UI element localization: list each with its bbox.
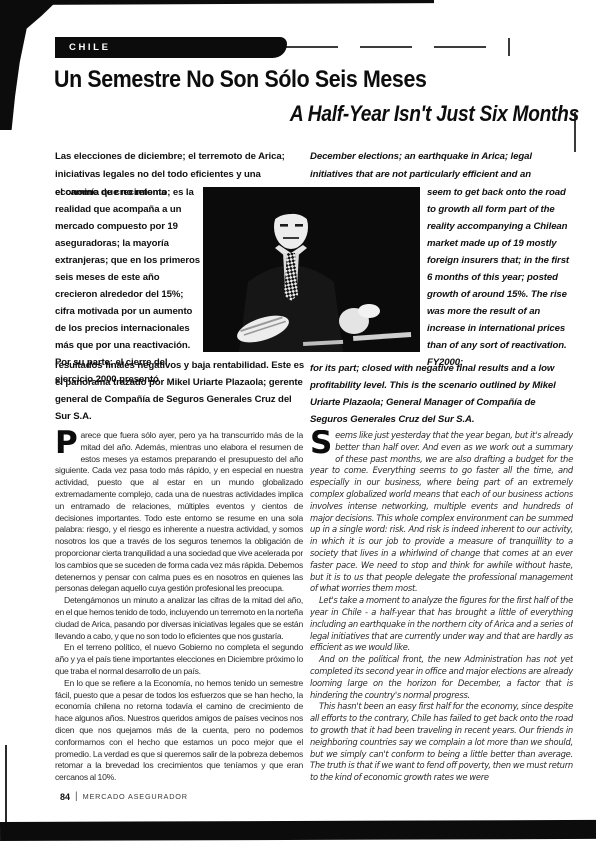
intro-spanish-part3: resultados finales negativos y baja rent… bbox=[55, 357, 309, 425]
scan-edge-left bbox=[5, 745, 7, 825]
article-title-spanish: Un Semestre No Son Sólo Seis Meses bbox=[54, 66, 552, 94]
intro-english-part2: seem to get back onto the road to growth… bbox=[427, 184, 574, 371]
portrait-photo bbox=[203, 187, 420, 352]
paragraph: Detengámonos un minuto a analizar las ci… bbox=[55, 595, 303, 642]
scan-edge-top bbox=[0, 0, 434, 5]
paragraph: This hasn't been an easy first half for … bbox=[310, 701, 573, 782]
paragraph: Parece que fuera sólo ayer, pero ya ha t… bbox=[55, 430, 303, 595]
paragraph-text: eems like just yesterday that the year b… bbox=[310, 430, 573, 593]
paragraph: And on the political front, the new Admi… bbox=[310, 654, 573, 701]
paragraph: En el terreno político, el nuevo Gobiern… bbox=[55, 642, 303, 677]
intro-english-part3: for its part; closed with negative final… bbox=[310, 360, 573, 428]
page-number: 84 bbox=[60, 792, 70, 802]
dropcap-letter: P bbox=[55, 430, 80, 455]
page-footer: 84 | MERCADO ASEGURADOR bbox=[60, 791, 188, 802]
paragraph: Seems like just yesterday that the year … bbox=[310, 430, 573, 595]
body-column-spanish: Parece que fuera sólo ayer, pero ya ha t… bbox=[55, 430, 303, 782]
header-rule-tick bbox=[508, 38, 510, 56]
paragraph-text: arece que fuera sólo ayer, pero ya ha tr… bbox=[55, 430, 303, 593]
scan-edge-bottom bbox=[0, 820, 596, 841]
article-title-english: A Half-Year Isn't Just Six Months bbox=[92, 101, 579, 127]
paragraph: Let's take a moment to analyze the figur… bbox=[310, 595, 573, 654]
section-tag-label: CHILE bbox=[69, 42, 111, 53]
body-column-english: Seems like just yesterday that the year … bbox=[310, 430, 573, 782]
dropcap-letter: S bbox=[310, 430, 335, 455]
footer-separator: | bbox=[75, 791, 78, 802]
portrait-photo-graphic bbox=[203, 187, 420, 352]
magazine-name: MERCADO ASEGURADOR bbox=[83, 792, 188, 801]
paragraph: En lo que se refiere a la Economía, no h… bbox=[55, 678, 303, 782]
header-rule-line bbox=[286, 46, 510, 48]
section-tag-bar: CHILE bbox=[55, 37, 287, 58]
scan-edge-corner bbox=[0, 0, 58, 130]
magazine-page: CHILE Un Semestre No Son Sólo Seis Meses… bbox=[0, 0, 596, 845]
